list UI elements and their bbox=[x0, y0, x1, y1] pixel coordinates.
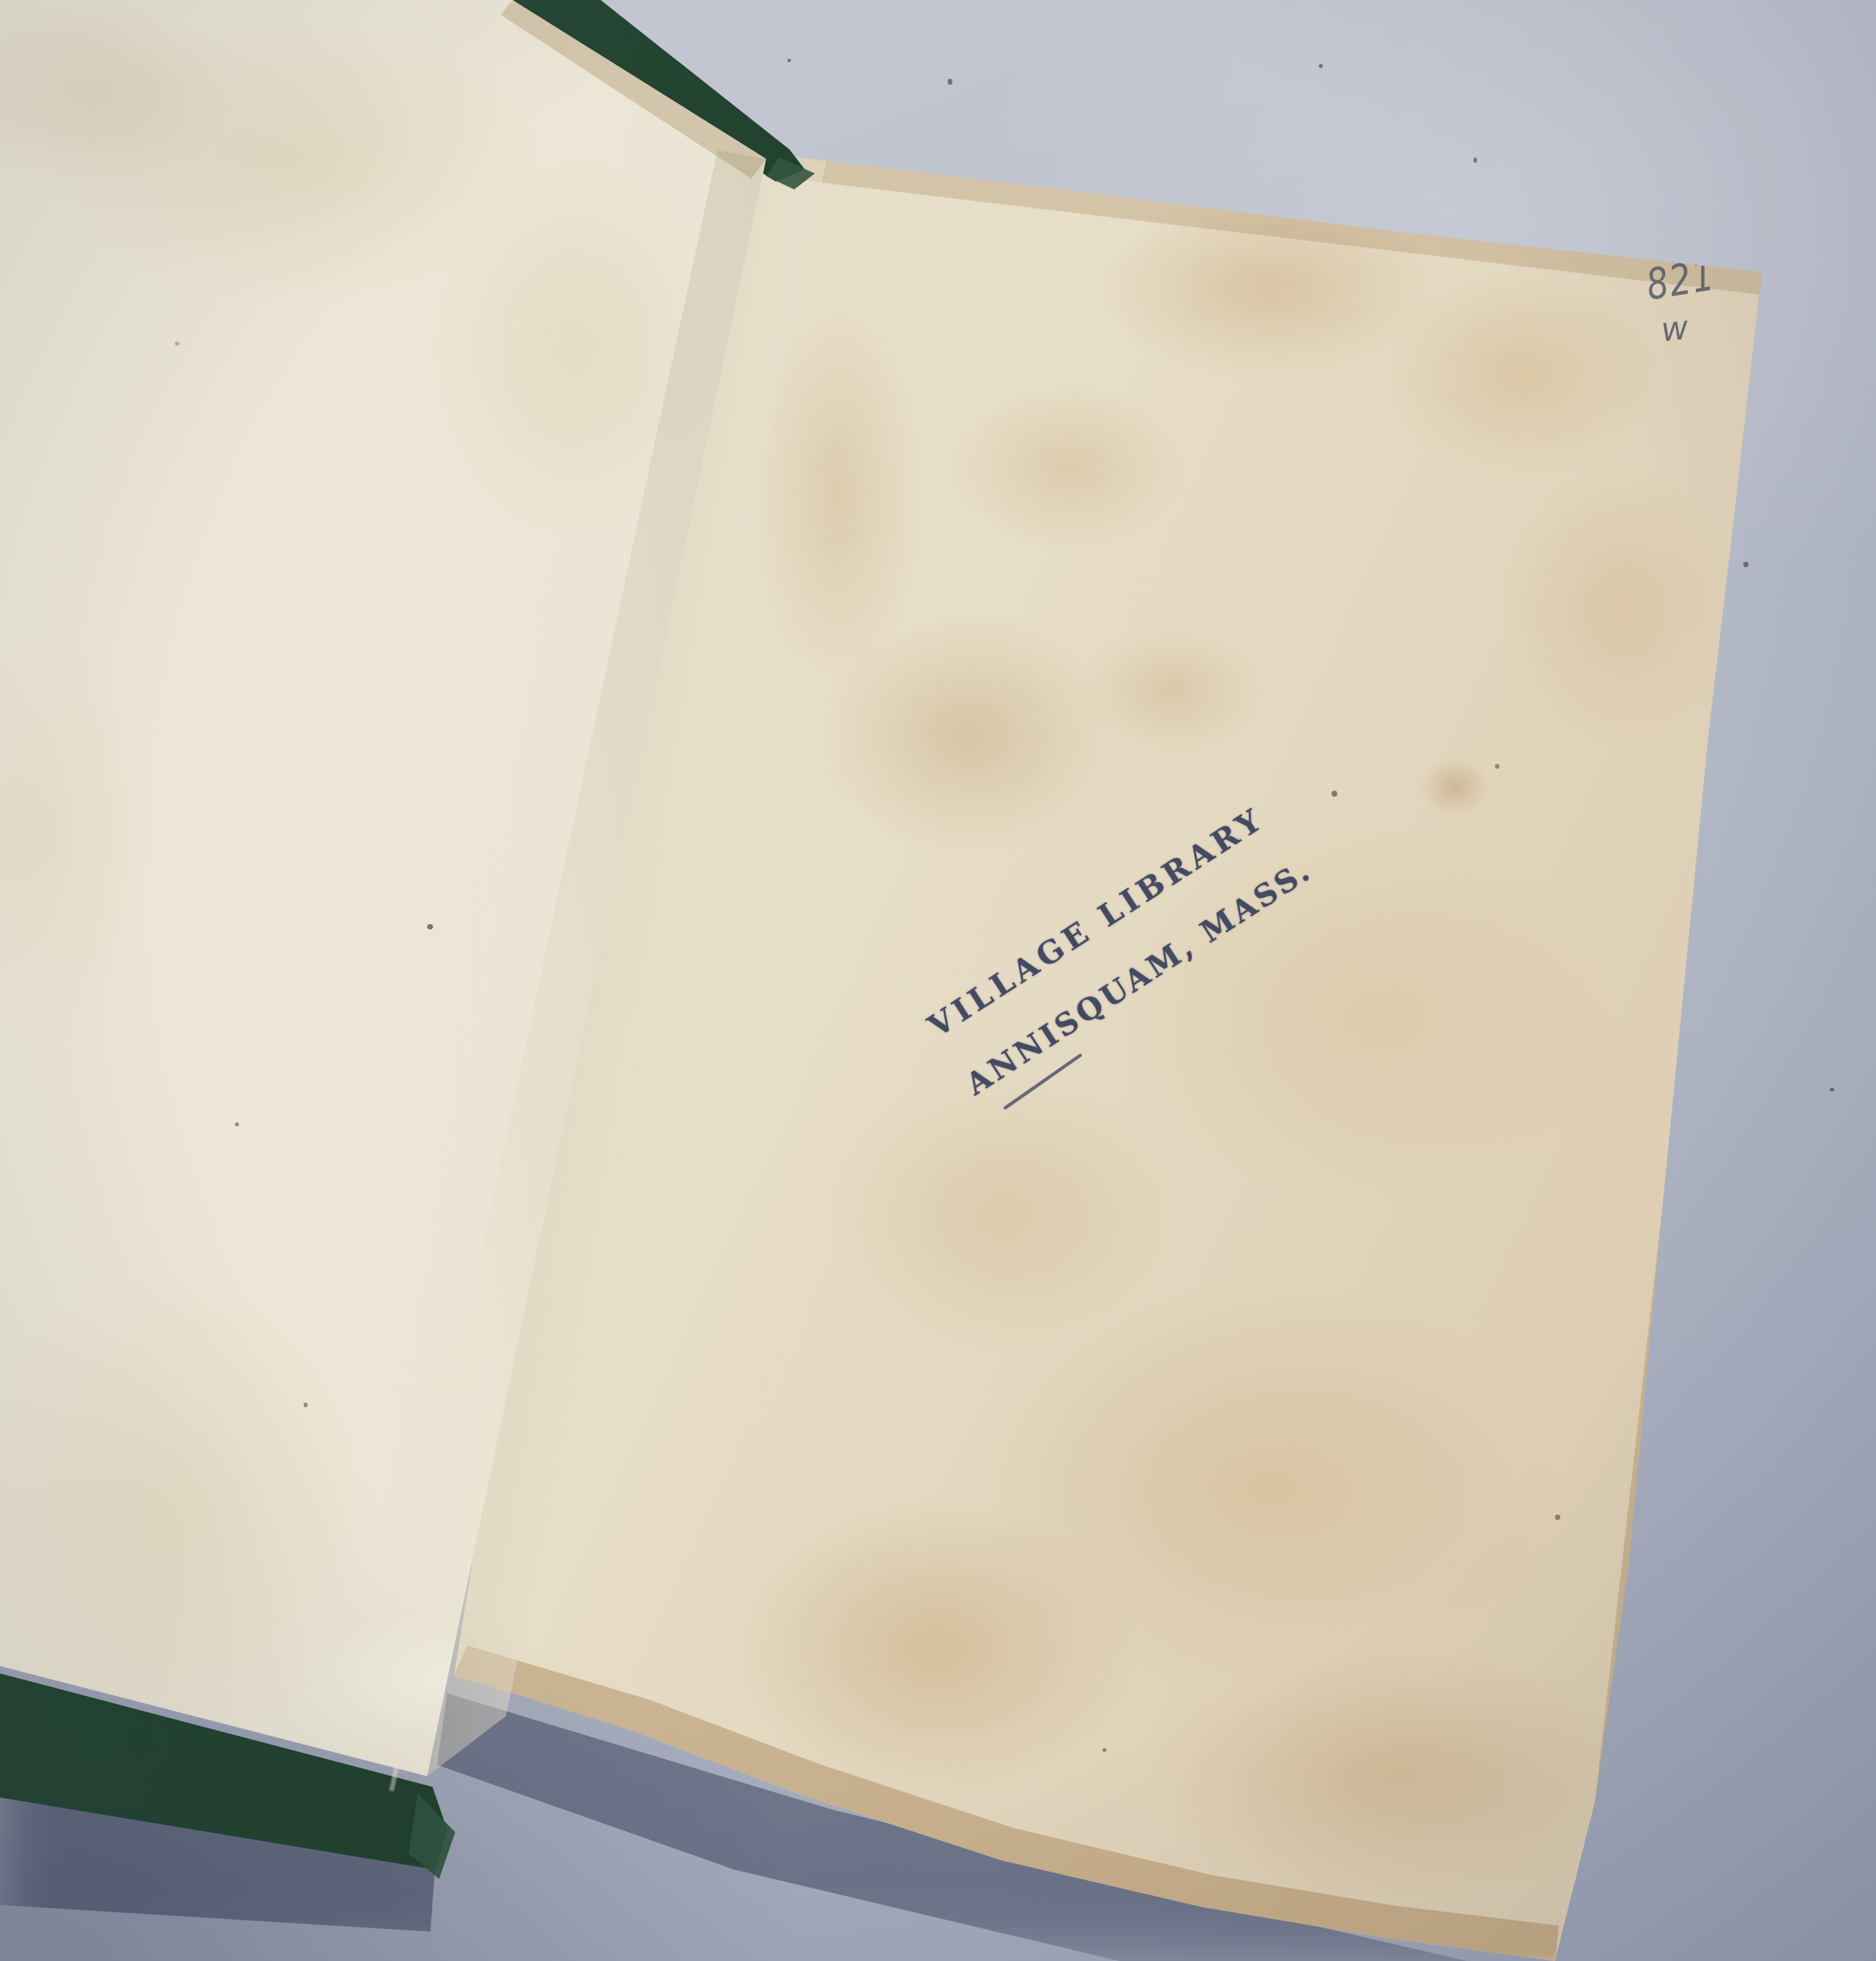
dust-speck bbox=[1474, 157, 1477, 163]
paper-speck bbox=[304, 1403, 308, 1407]
foxing-speck bbox=[1331, 791, 1337, 797]
open-book-photo: VILLAGE LIBRARY ANNISQUAM, MASS. 821 w bbox=[0, 0, 1876, 1961]
foxing-speck bbox=[1555, 1515, 1560, 1520]
paper-speck bbox=[427, 924, 433, 929]
dust-speck bbox=[1319, 64, 1323, 68]
pencil-author-letter: w bbox=[1659, 308, 1690, 350]
foxing-speck bbox=[1103, 1748, 1107, 1752]
dust-speck bbox=[948, 79, 952, 85]
paper-speck bbox=[175, 342, 180, 346]
foxing-speck bbox=[1495, 764, 1500, 769]
dust-speck bbox=[1743, 562, 1749, 567]
dust-speck bbox=[788, 59, 791, 62]
library-stamp: VILLAGE LIBRARY ANNISQUAM, MASS. bbox=[913, 797, 1310, 1129]
dust-speck bbox=[1830, 1088, 1834, 1092]
paper-speck bbox=[235, 1122, 239, 1126]
